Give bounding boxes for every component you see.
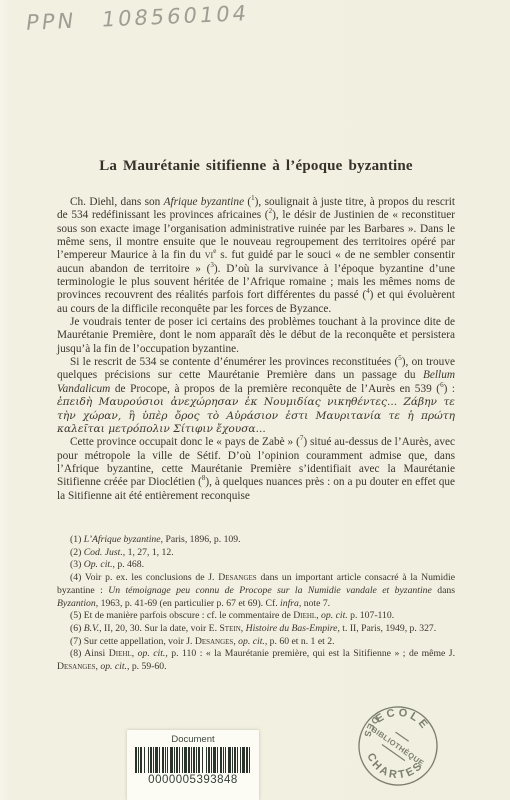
- footnote: (8) Ainsi Diehl, op. cit., p. 110 : « la…: [57, 648, 455, 673]
- handwritten-ppn-annotation: PPN 108560104: [25, 1, 251, 35]
- footnote: (5) Et de manière parfois obscure : cf. …: [57, 610, 455, 623]
- barcode-icon: [134, 747, 252, 773]
- footnote: (2) Cod. Just., 1, 27, 1, 12.: [57, 547, 455, 560]
- footnote: (7) Sur cette appellation, voir J. Desan…: [57, 636, 455, 649]
- paragraph: Je voudrais tenter de poser ici certains…: [57, 316, 455, 356]
- library-stamp: ÉCOLE DES CHARTES BIBLIOTHÈQUE: [342, 690, 454, 800]
- footnote: (4) Voir p. ex. les conclusions de J. De…: [57, 572, 455, 610]
- paragraph: Cette province occupait donc le « pays d…: [57, 436, 455, 503]
- paragraph: Ch. Diehl, dans son Afrique byzantine (1…: [57, 196, 455, 316]
- scanned-document-page: PPN 108560104 La Maurétanie sitifienne à…: [0, 0, 510, 800]
- barcode-number: 0000005393848: [127, 774, 259, 786]
- footnotes-block: (1) L’Afrique byzantine, Paris, 1896, p.…: [57, 534, 455, 674]
- article-body: Ch. Diehl, dans son Afrique byzantine (1…: [57, 196, 455, 503]
- footnote: (3) Op. cit., p. 468.: [57, 559, 455, 572]
- footnote: (1) L’Afrique byzantine, Paris, 1896, p.…: [57, 534, 455, 547]
- paragraph: Si le rescrit de 534 se contente d’énumé…: [57, 356, 455, 436]
- footnote: (6) B.V., II, 20, 30. Sur la date, voir …: [57, 623, 455, 636]
- barcode-label: Document 0000005393848: [127, 730, 259, 800]
- barcode-caption: Document: [127, 734, 259, 745]
- article-title: La Maurétanie sitifienne à l’époque byza…: [57, 158, 455, 175]
